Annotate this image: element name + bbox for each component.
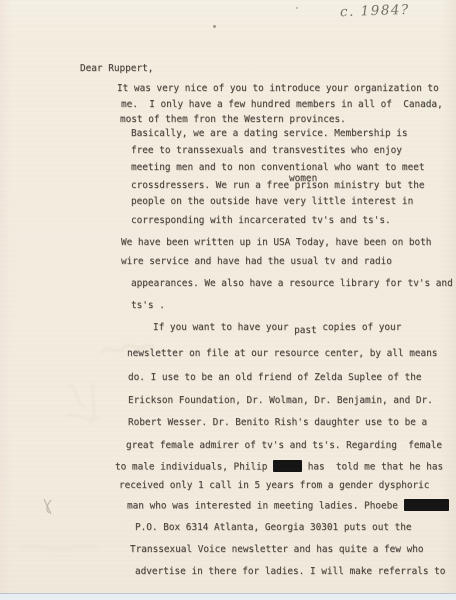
ink-speck [296,7,298,9]
letter-line: We have been written up in USA Today, ha… [121,237,431,249]
letter-line: people on the outside have very little i… [131,196,413,208]
letter-line: It was very nice of you to introduce you… [117,83,439,95]
letter-line: free to transsexuals and transvestites w… [131,145,402,157]
line-text-dropped: past [294,325,317,336]
letter-line: newsletter on file at our resource cente… [127,348,437,360]
handwritten-date-note: c. 1984? [340,2,410,20]
letter-line: P.O. Box 6314 Atlanta, Georgia 30301 put… [135,522,412,534]
letter-line: meeting men and to non conventional who … [131,162,425,174]
letter-line: great female admirer of tv's and ts's. R… [126,440,442,452]
letter-line: If you want to have your past copies of … [153,322,401,334]
letter-line-salutation: Dear Ruppert, [80,63,153,75]
bleedthrough-smudge [16,540,100,556]
letter-line: man who was interested in meeting ladies… [127,499,449,513]
letter-line: to male individuals, Philip has told me … [115,460,443,474]
letter-line: advertise in there for ladies. I will ma… [135,566,445,578]
line-text: has told me that he has [302,462,443,473]
redaction-box [273,460,302,472]
ink-speck [213,25,216,28]
letter-line: wire service and have had the usual tv a… [121,256,392,268]
line-text: copies of your [317,322,402,333]
letter-line: most of them fron the Western provinces. [120,114,346,126]
letter-line: appearances. We also have a resource lib… [131,278,456,290]
letter-line: Erickson Foundation, Dr. Wolman, Dr. Ben… [128,395,433,407]
letter-line: received only 1 call in 5 years from a g… [119,480,429,492]
scanner-bed-edge [0,593,456,600]
redaction-box [404,499,449,511]
pencil-mark [39,496,57,518]
letter-line: me. I only have a few hundred members in… [121,99,443,111]
letter-line: Transsexual Voice newsletter and has qui… [130,544,424,556]
letter-line: Robert Wesser. Dr. Benito Rish's daughte… [128,417,427,429]
letter-line: corresponding with incarcerated tv's and… [131,215,391,227]
letter-line: crossdressers. We run a free prison mini… [131,180,425,192]
letter-line: do. I use to be an old friend of Zelda S… [128,372,422,384]
line-text: man who was interested in meeting ladies… [127,501,404,512]
line-text: If you want to have your [153,322,294,333]
letter-line: ts's . [131,300,165,312]
scanned-letter-page: c. 1984? Dear Ruppert, It was very nice … [0,0,456,600]
bleedthrough-smudge [60,378,106,430]
line-text: to male individuals, Philip [115,462,273,473]
letter-line: Basically, we are a dating service. Memb… [131,128,408,140]
